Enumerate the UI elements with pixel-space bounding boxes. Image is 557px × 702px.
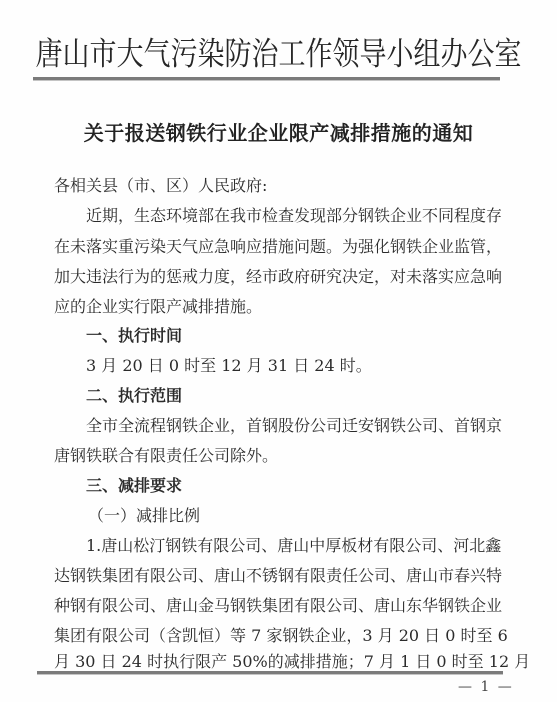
intro-line: 近期，生态环境部在我市检查发现部分钢铁企业不同程度存 xyxy=(86,206,479,226)
section-text: 唐钢铁联合有限责任公司除外。 xyxy=(54,446,278,466)
salutation: 各相关县（市、区）人民政府: xyxy=(54,176,267,196)
document-title: 关于报送钢铁行业企业限产减排措施的通知 xyxy=(0,117,557,146)
section-text: 全市全流程钢铁企业，首钢股份公司迁安钢铁公司、首钢京 xyxy=(86,416,479,436)
section-text: 达钢铁集团有限公司、唐山不锈钢有限责任公司、唐山市春兴特 xyxy=(54,566,479,586)
intro-line: 加大违法行为的惩戒力度，经市政府研究决定，对未落实应急响 xyxy=(54,267,479,287)
section-text: 1.唐山松汀钢铁有限公司、唐山中厚板材有限公司、河北鑫 xyxy=(86,536,479,556)
section-heading-execution-time: 一、执行时间 xyxy=(86,326,182,346)
section-text: 3 月 20 日 0 时至 12 月 31 日 24 时。 xyxy=(86,356,372,376)
section-text: 种钢有限公司、唐山金马钢铁集团有限公司、唐山东华钢铁企业 xyxy=(54,596,479,616)
section-heading-reduction-requirements: 三、减排要求 xyxy=(86,476,182,496)
footer-divider-rule xyxy=(37,671,503,675)
section-heading-execution-scope: 二、执行范围 xyxy=(86,386,182,406)
page-number: — 1 — xyxy=(458,679,514,695)
issuing-organization-header: 唐山市大气污染防治工作领导小组办公室 xyxy=(0,28,557,74)
intro-line: 应的企业实行限产减排措施。 xyxy=(54,297,262,317)
document-page: 唐山市大气污染防治工作领导小组办公室 关于报送钢铁行业企业限产减排措施的通知 各… xyxy=(0,0,557,702)
section-text: 月 30 日 24 时执行限产 50%的减排措施；7 月 1 日 0 时至 12… xyxy=(54,652,479,672)
intro-line: 在未落实重污染天气应急响应措施问题。为强化钢铁企业监管， xyxy=(54,237,479,257)
header-divider-rule xyxy=(33,77,500,81)
section-text: 集团有限公司（含凯恒）等 7 家钢铁企业，3 月 20 日 0 时至 6 xyxy=(54,626,479,646)
subsection-heading-reduction-ratio: （一）减排比例 xyxy=(88,506,200,526)
